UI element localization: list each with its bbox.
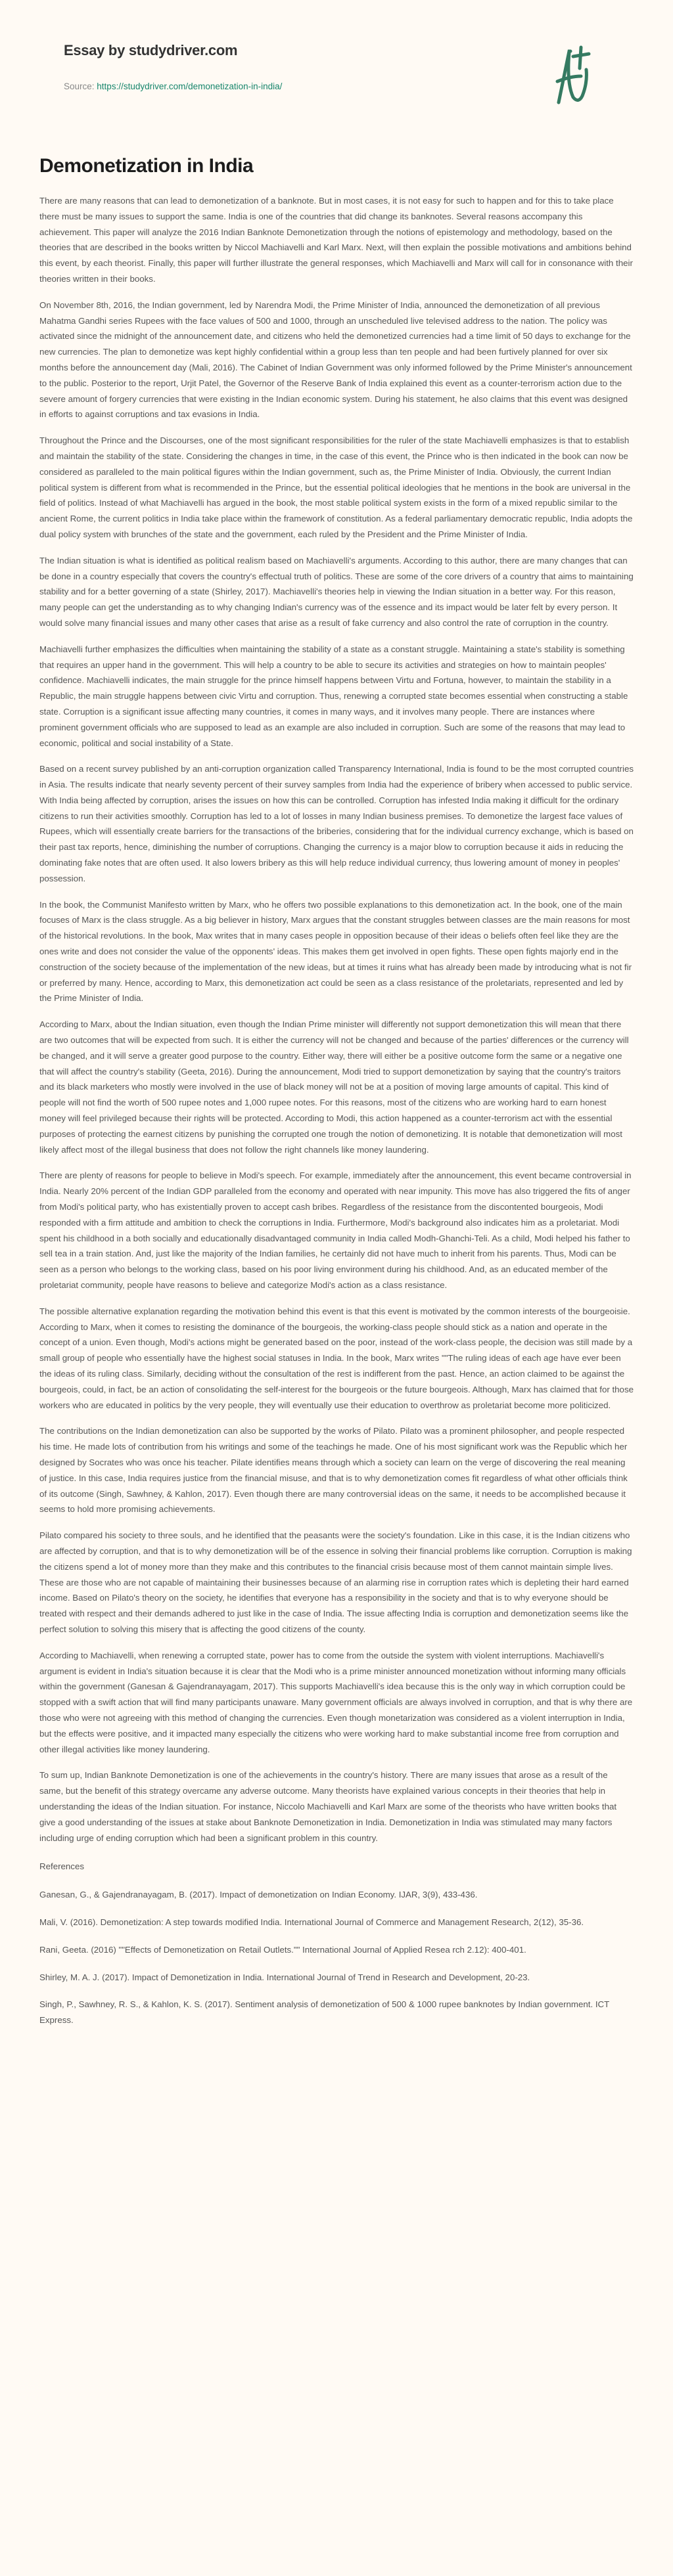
essay-paragraph: On November 8th, 2016, the Indian govern…	[39, 298, 634, 422]
essay-paragraph: Pilato compared his society to three sou…	[39, 1528, 634, 1637]
reference-item: Rani, Geeta. (2016) ""Effects of Demonet…	[39, 1942, 634, 1958]
source-line: Source: https://studydriver.com/demoneti…	[64, 81, 282, 91]
brand-title: Essay by studydriver.com	[64, 42, 237, 59]
essay-paragraph: There are many reasons that can lead to …	[39, 193, 634, 287]
essay-paragraph: In the book, the Communist Manifesto wri…	[39, 897, 634, 1007]
source-link[interactable]: https://studydriver.com/demonetization-i…	[97, 81, 282, 91]
a-plus-grade-icon	[555, 43, 594, 109]
page-header: Essay by studydriver.com Source: https:/…	[39, 0, 634, 125]
essay-paragraph: According to Marx, about the Indian situ…	[39, 1017, 634, 1157]
references-heading: References	[39, 1861, 634, 1871]
essay-paragraph: The Indian situation is what is identifi…	[39, 553, 634, 631]
essay-paragraph: To sum up, Indian Banknote Demonetizatio…	[39, 1767, 634, 1846]
reference-item: Shirley, M. A. J. (2017). Impact of Demo…	[39, 1970, 634, 1986]
essay-paragraph: According to Machiavelli, when renewing …	[39, 1648, 634, 1758]
source-label: Source:	[64, 81, 95, 91]
essay-content: Demonetization in India There are many r…	[39, 155, 634, 2028]
essay-paragraph: Machiavelli further emphasizes the diffi…	[39, 642, 634, 751]
reference-item: Mali, V. (2016). Demonetization: A step …	[39, 1915, 634, 1930]
reference-item: Ganesan, G., & Gajendranayagam, B. (2017…	[39, 1887, 634, 1903]
essay-paragraph: Throughout the Prince and the Discourses…	[39, 433, 634, 543]
essay-paragraph: There are plenty of reasons for people t…	[39, 1168, 634, 1293]
essay-paragraph: The possible alternative explanation reg…	[39, 1304, 634, 1413]
reference-item: Singh, P., Sawhney, R. S., & Kahlon, K. …	[39, 1997, 634, 2028]
essay-paragraph: The contributions on the Indian demoneti…	[39, 1423, 634, 1517]
essay-paragraph: Based on a recent survey published by an…	[39, 761, 634, 886]
essay-page: Essay by studydriver.com Source: https:/…	[0, 0, 673, 2066]
essay-title: Demonetization in India	[39, 155, 634, 177]
